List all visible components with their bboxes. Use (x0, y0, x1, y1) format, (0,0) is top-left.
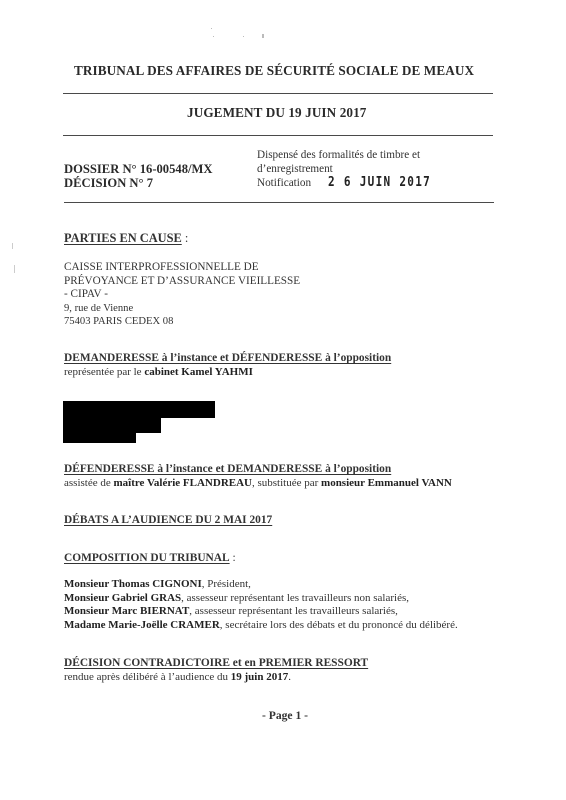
parties-heading: PARTIES EN CAUSE : (64, 231, 188, 246)
plaintiff-role: DEMANDERESSE à l’instance et DÉFENDERESS… (64, 352, 391, 364)
plaintiff-rep-name: cabinet Kamel YAHMI (144, 366, 253, 378)
court-name: TRIBUNAL DES AFFAIRES DE SÉCURITÉ SOCIAL… (74, 63, 474, 79)
defendant-role: DÉFENDERESSE à l’instance et DEMANDERESS… (64, 463, 391, 475)
redacted-block (63, 417, 161, 433)
redacted-block (63, 401, 215, 418)
decision-type-heading: DÉCISION CONTRADICTOIRE et en PREMIER RE… (64, 657, 368, 669)
decision-text-suffix: . (288, 671, 291, 683)
plaintiff-representation: représentée par le cabinet Kamel YAHMI (64, 366, 253, 380)
member-row: Monsieur Thomas CIGNONI, Président, (64, 578, 458, 592)
notification-label: Notification (257, 177, 311, 189)
composition-heading-suffix: : (230, 552, 236, 564)
scan-artifact (12, 243, 13, 249)
member-name: Monsieur Thomas CIGNONI (64, 578, 202, 590)
defendant-rep-name2: monsieur Emmanuel VANN (321, 477, 452, 489)
org-address-city: 75403 PARIS CEDEX 08 (64, 315, 300, 329)
org-name-line1: CAISSE INTERPROFESSIONNELLE DE (64, 261, 300, 275)
decision-text-prefix: rendue après délibéré à l’audience du (64, 671, 231, 683)
member-name: Monsieur Marc BIERNAT (64, 605, 189, 617)
member-row: Madame Marie-Joëlle CRAMER, secrétaire l… (64, 619, 458, 633)
judgment-title: JUGEMENT DU 19 JUIN 2017 (187, 105, 366, 121)
composition-list: Monsieur Thomas CIGNONI, Président, Mons… (64, 578, 458, 632)
parties-heading-text: PARTIES EN CAUSE (64, 231, 182, 245)
member-role: , Président, (202, 578, 251, 590)
member-role: , secrétaire lors des débats et du prono… (220, 619, 458, 631)
parties-heading-suffix: : (182, 231, 189, 245)
scan-artifact (262, 34, 264, 38)
decision-type-text: rendue après délibéré à l’audience du 19… (64, 671, 291, 685)
member-role: , assesseur représentant les travailleur… (181, 592, 409, 604)
plaintiff-rep-prefix: représentée par le (64, 366, 144, 378)
defendant-rep-name1: maître Valérie FLANDREAU (113, 477, 252, 489)
scan-artifact (213, 36, 214, 37)
dossier-number: DOSSIER N° 16-00548/MX (64, 162, 212, 177)
defendant-representation: assistée de maître Valérie FLANDREAU, su… (64, 477, 452, 491)
scan-artifact (14, 265, 15, 273)
page-number: - Page 1 - (262, 709, 308, 722)
member-name: Madame Marie-Joëlle CRAMER (64, 619, 220, 631)
notification-date-stamp: 2 6 JUIN 2017 (328, 175, 431, 190)
member-row: Monsieur Gabriel GRAS, assesseur représe… (64, 592, 458, 606)
defendant-rep-prefix: assistée de (64, 477, 113, 489)
org-name-line2: PRÉVOYANCE ET D’ASSURANCE VIEILLESSE (64, 275, 300, 289)
organization-block: CAISSE INTERPROFESSIONNELLE DE PRÉVOYANC… (64, 261, 300, 329)
hearing-heading: DÉBATS A L’AUDIENCE DU 2 MAI 2017 (64, 514, 272, 526)
org-address-street: 9, rue de Vienne (64, 302, 300, 316)
divider (63, 93, 493, 94)
decision-number: DÉCISION N° 7 (64, 176, 153, 191)
divider (64, 202, 494, 203)
scan-artifact (211, 28, 212, 29)
decision-text-date: 19 juin 2017 (231, 671, 288, 683)
exemption-text-2: d’enregistrement (257, 163, 333, 175)
member-row: Monsieur Marc BIERNAT, assesseur représe… (64, 605, 458, 619)
redacted-block (63, 432, 136, 443)
composition-heading-text: COMPOSITION DU TRIBUNAL (64, 552, 230, 564)
defendant-rep-mid: , substituée par (252, 477, 321, 489)
divider (63, 135, 493, 136)
member-role: , assesseur représentant les travailleur… (189, 605, 398, 617)
scan-artifact (243, 36, 244, 37)
member-name: Monsieur Gabriel GRAS (64, 592, 181, 604)
exemption-text: Dispensé des formalités de timbre et (257, 149, 420, 161)
composition-heading: COMPOSITION DU TRIBUNAL : (64, 552, 236, 564)
org-acronym: - CIPAV - (64, 288, 300, 302)
